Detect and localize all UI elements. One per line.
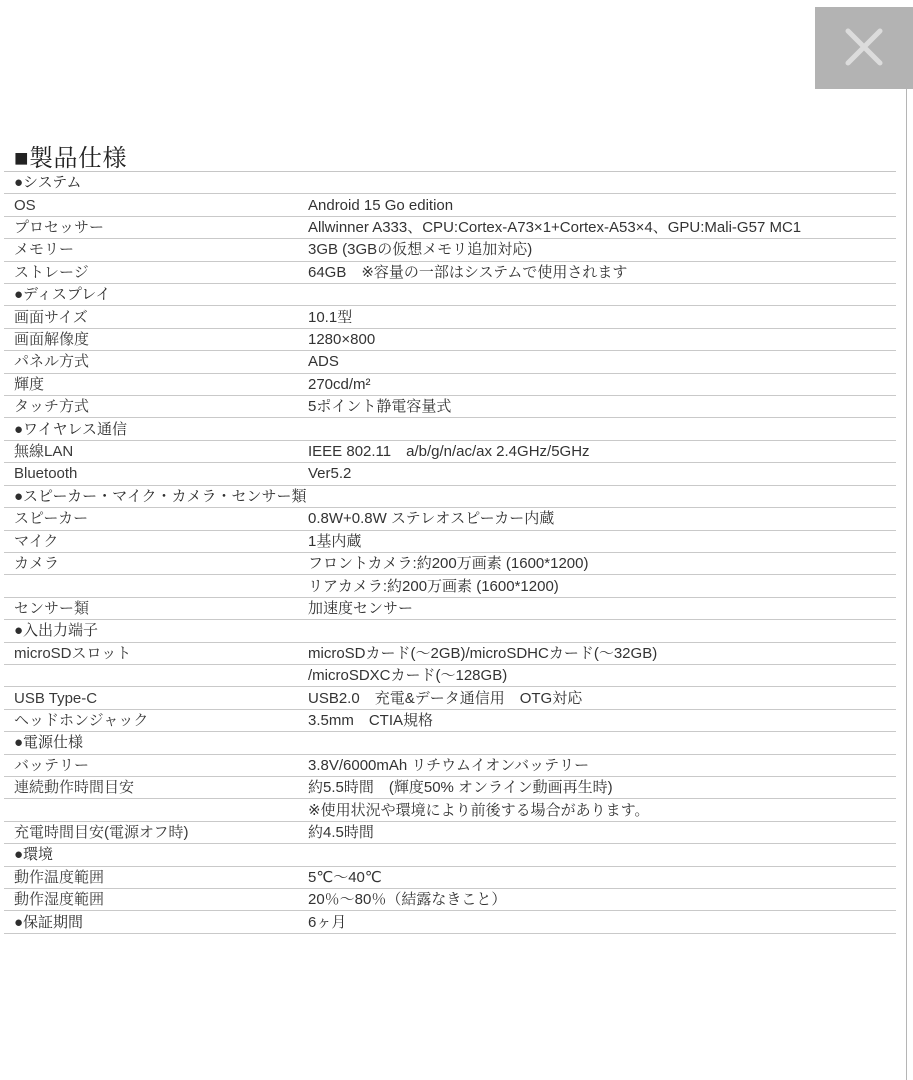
table-row: OSAndroid 15 Go edition [4,194,896,216]
spec-value: 0.8W+0.8W ステレオスピーカー内蔵 [308,511,896,526]
spec-value: 3.5mm CTIA規格 [308,713,896,728]
table-row: 動作湿度範囲20％〜80％（結露なきこと） [4,889,896,911]
table-row: 動作温度範囲5℃〜40℃ [4,867,896,889]
section-row-environment: ●環境 [4,844,896,866]
spec-label: 画面サイズ [4,310,308,325]
spec-value: 64GB ※容量の一部はシステムで使用されます [308,265,896,280]
table-row-continuation: /microSDXCカード(〜128GB) [4,665,896,687]
section-label: ●入出力端子 [4,623,308,638]
table-row: メモリー3GB (3GBの仮想メモリ追加対応) [4,239,896,261]
spec-value: ADS [308,354,896,369]
spec-label: Bluetooth [4,466,308,481]
table-row: バッテリー3.8V/6000mAh リチウムイオンバッテリー [4,755,896,777]
spec-value: ※使用状況や環境により前後する場合があります。 [308,803,896,818]
right-edge-divider [906,89,907,1080]
table-row: センサー類加速度センサー [4,598,896,620]
spec-label: 画面解像度 [4,332,308,347]
spec-label: ストレージ [4,265,308,280]
table-row: マイク1基内蔵 [4,531,896,553]
spec-value: USB2.0 充電&データ通信用 OTG対応 [308,691,896,706]
table-row-continuation: ※使用状況や環境により前後する場合があります。 [4,799,896,821]
spec-label: メモリー [4,242,308,257]
spec-label: USB Type-C [4,691,308,706]
spec-label: プロセッサー [4,220,308,235]
section-row-warranty: ●保証期間6ヶ月 [4,911,896,933]
table-row: スピーカー0.8W+0.8W ステレオスピーカー内蔵 [4,508,896,530]
section-row-display: ●ディスプレイ [4,284,896,306]
spec-value: microSDカード(〜2GB)/microSDHCカード(〜32GB) [308,646,896,661]
section-row-wireless: ●ワイヤレス通信 [4,418,896,440]
spec-value: 6ヶ月 [308,915,896,930]
spec-value: 20％〜80％（結露なきこと） [308,892,896,907]
spec-value: 3GB (3GBの仮想メモリ追加対応) [308,242,896,257]
spec-label: スピーカー [4,511,308,526]
spec-value: 3.8V/6000mAh リチウムイオンバッテリー [308,758,896,773]
table-row: タッチ方式5ポイント静電容量式 [4,396,896,418]
spec-value: 5ポイント静電容量式 [308,399,896,414]
spec-value: 1基内蔵 [308,534,896,549]
spec-value: Ver5.2 [308,466,896,481]
spec-label: 動作湿度範囲 [4,892,308,907]
spec-label: 無線LAN [4,444,308,459]
spec-value: IEEE 802.11 a/b/g/n/ac/ax 2.4GHz/5GHz [308,444,896,459]
spec-value: Android 15 Go edition [308,198,896,213]
table-row: パネル方式ADS [4,351,896,373]
table-row: 画面解像度1280×800 [4,329,896,351]
table-row: ヘッドホンジャック3.5mm CTIA規格 [4,710,896,732]
spec-label: 輝度 [4,377,308,392]
table-row: プロセッサーAllwinner A333、CPU:Cortex-A73×1+Co… [4,217,896,239]
section-label: ●ワイヤレス通信 [4,422,308,437]
table-row-continuation: リアカメラ:約200万画素 (1600*1200) [4,575,896,597]
spec-value: 加速度センサー [308,601,896,616]
section-label: ●環境 [4,847,308,862]
spec-label: マイク [4,534,308,549]
section-row-power: ●電源仕様 [4,732,896,754]
close-icon [841,24,887,73]
table-row: 連続動作時間目安約5.5時間 (輝度50% オンライン動画再生時) [4,777,896,799]
spec-label: microSDスロット [4,646,308,661]
spec-value: 270cd/m² [308,377,896,392]
spec-label: ヘッドホンジャック [4,713,308,728]
spec-value: 約4.5時間 [308,825,896,840]
spec-value: Allwinner A333、CPU:Cortex-A73×1+Cortex-A… [308,220,896,235]
page-title: ■製品仕様 [14,138,127,173]
spec-value: 5℃〜40℃ [308,870,896,885]
spec-label: カメラ [4,556,308,571]
table-row: 輝度270cd/m² [4,374,896,396]
spec-value: 約5.5時間 (輝度50% オンライン動画再生時) [308,780,896,795]
spec-value: フロントカメラ:約200万画素 (1600*1200) [308,556,896,571]
spec-table: ●システム OSAndroid 15 Go edition プロセッサーAllw… [4,171,896,934]
table-row: 充電時間目安(電源オフ時)約4.5時間 [4,822,896,844]
spec-value: /microSDXCカード(〜128GB) [308,668,896,683]
section-row-system: ●システム [4,172,896,194]
spec-label: 充電時間目安(電源オフ時) [4,825,308,840]
table-row: microSDスロットmicroSDカード(〜2GB)/microSDHCカード… [4,643,896,665]
table-row: ストレージ64GB ※容量の一部はシステムで使用されます [4,262,896,284]
spec-label: センサー類 [4,601,308,616]
spec-label: OS [4,198,308,213]
section-row-speaker-mic-camera-sensor: ●スピーカー・マイク・カメラ・センサー類 [4,486,896,508]
table-row: 無線LANIEEE 802.11 a/b/g/n/ac/ax 2.4GHz/5G… [4,441,896,463]
section-row-io: ●入出力端子 [4,620,896,642]
spec-label: パネル方式 [4,354,308,369]
table-row: カメラフロントカメラ:約200万画素 (1600*1200) [4,553,896,575]
section-label: ●スピーカー・マイク・カメラ・センサー類 [4,489,308,504]
table-row: BluetoothVer5.2 [4,463,896,485]
section-label: ●電源仕様 [4,735,308,750]
section-label: ●システム [4,175,308,190]
close-button[interactable] [815,7,913,89]
product-spec-page: { "title": "■製品仕様", "close_button": { "i… [0,0,913,1080]
spec-label: 連続動作時間目安 [4,780,308,795]
spec-label: タッチ方式 [4,399,308,414]
spec-value: リアカメラ:約200万画素 (1600*1200) [308,579,896,594]
section-label: ●ディスプレイ [4,287,308,302]
spec-label: 動作温度範囲 [4,870,308,885]
spec-value: 1280×800 [308,332,896,347]
spec-value: 10.1型 [308,310,896,325]
table-row: 画面サイズ10.1型 [4,306,896,328]
table-row: USB Type-CUSB2.0 充電&データ通信用 OTG対応 [4,687,896,709]
section-label: ●保証期間 [4,915,308,930]
spec-label: バッテリー [4,758,308,773]
